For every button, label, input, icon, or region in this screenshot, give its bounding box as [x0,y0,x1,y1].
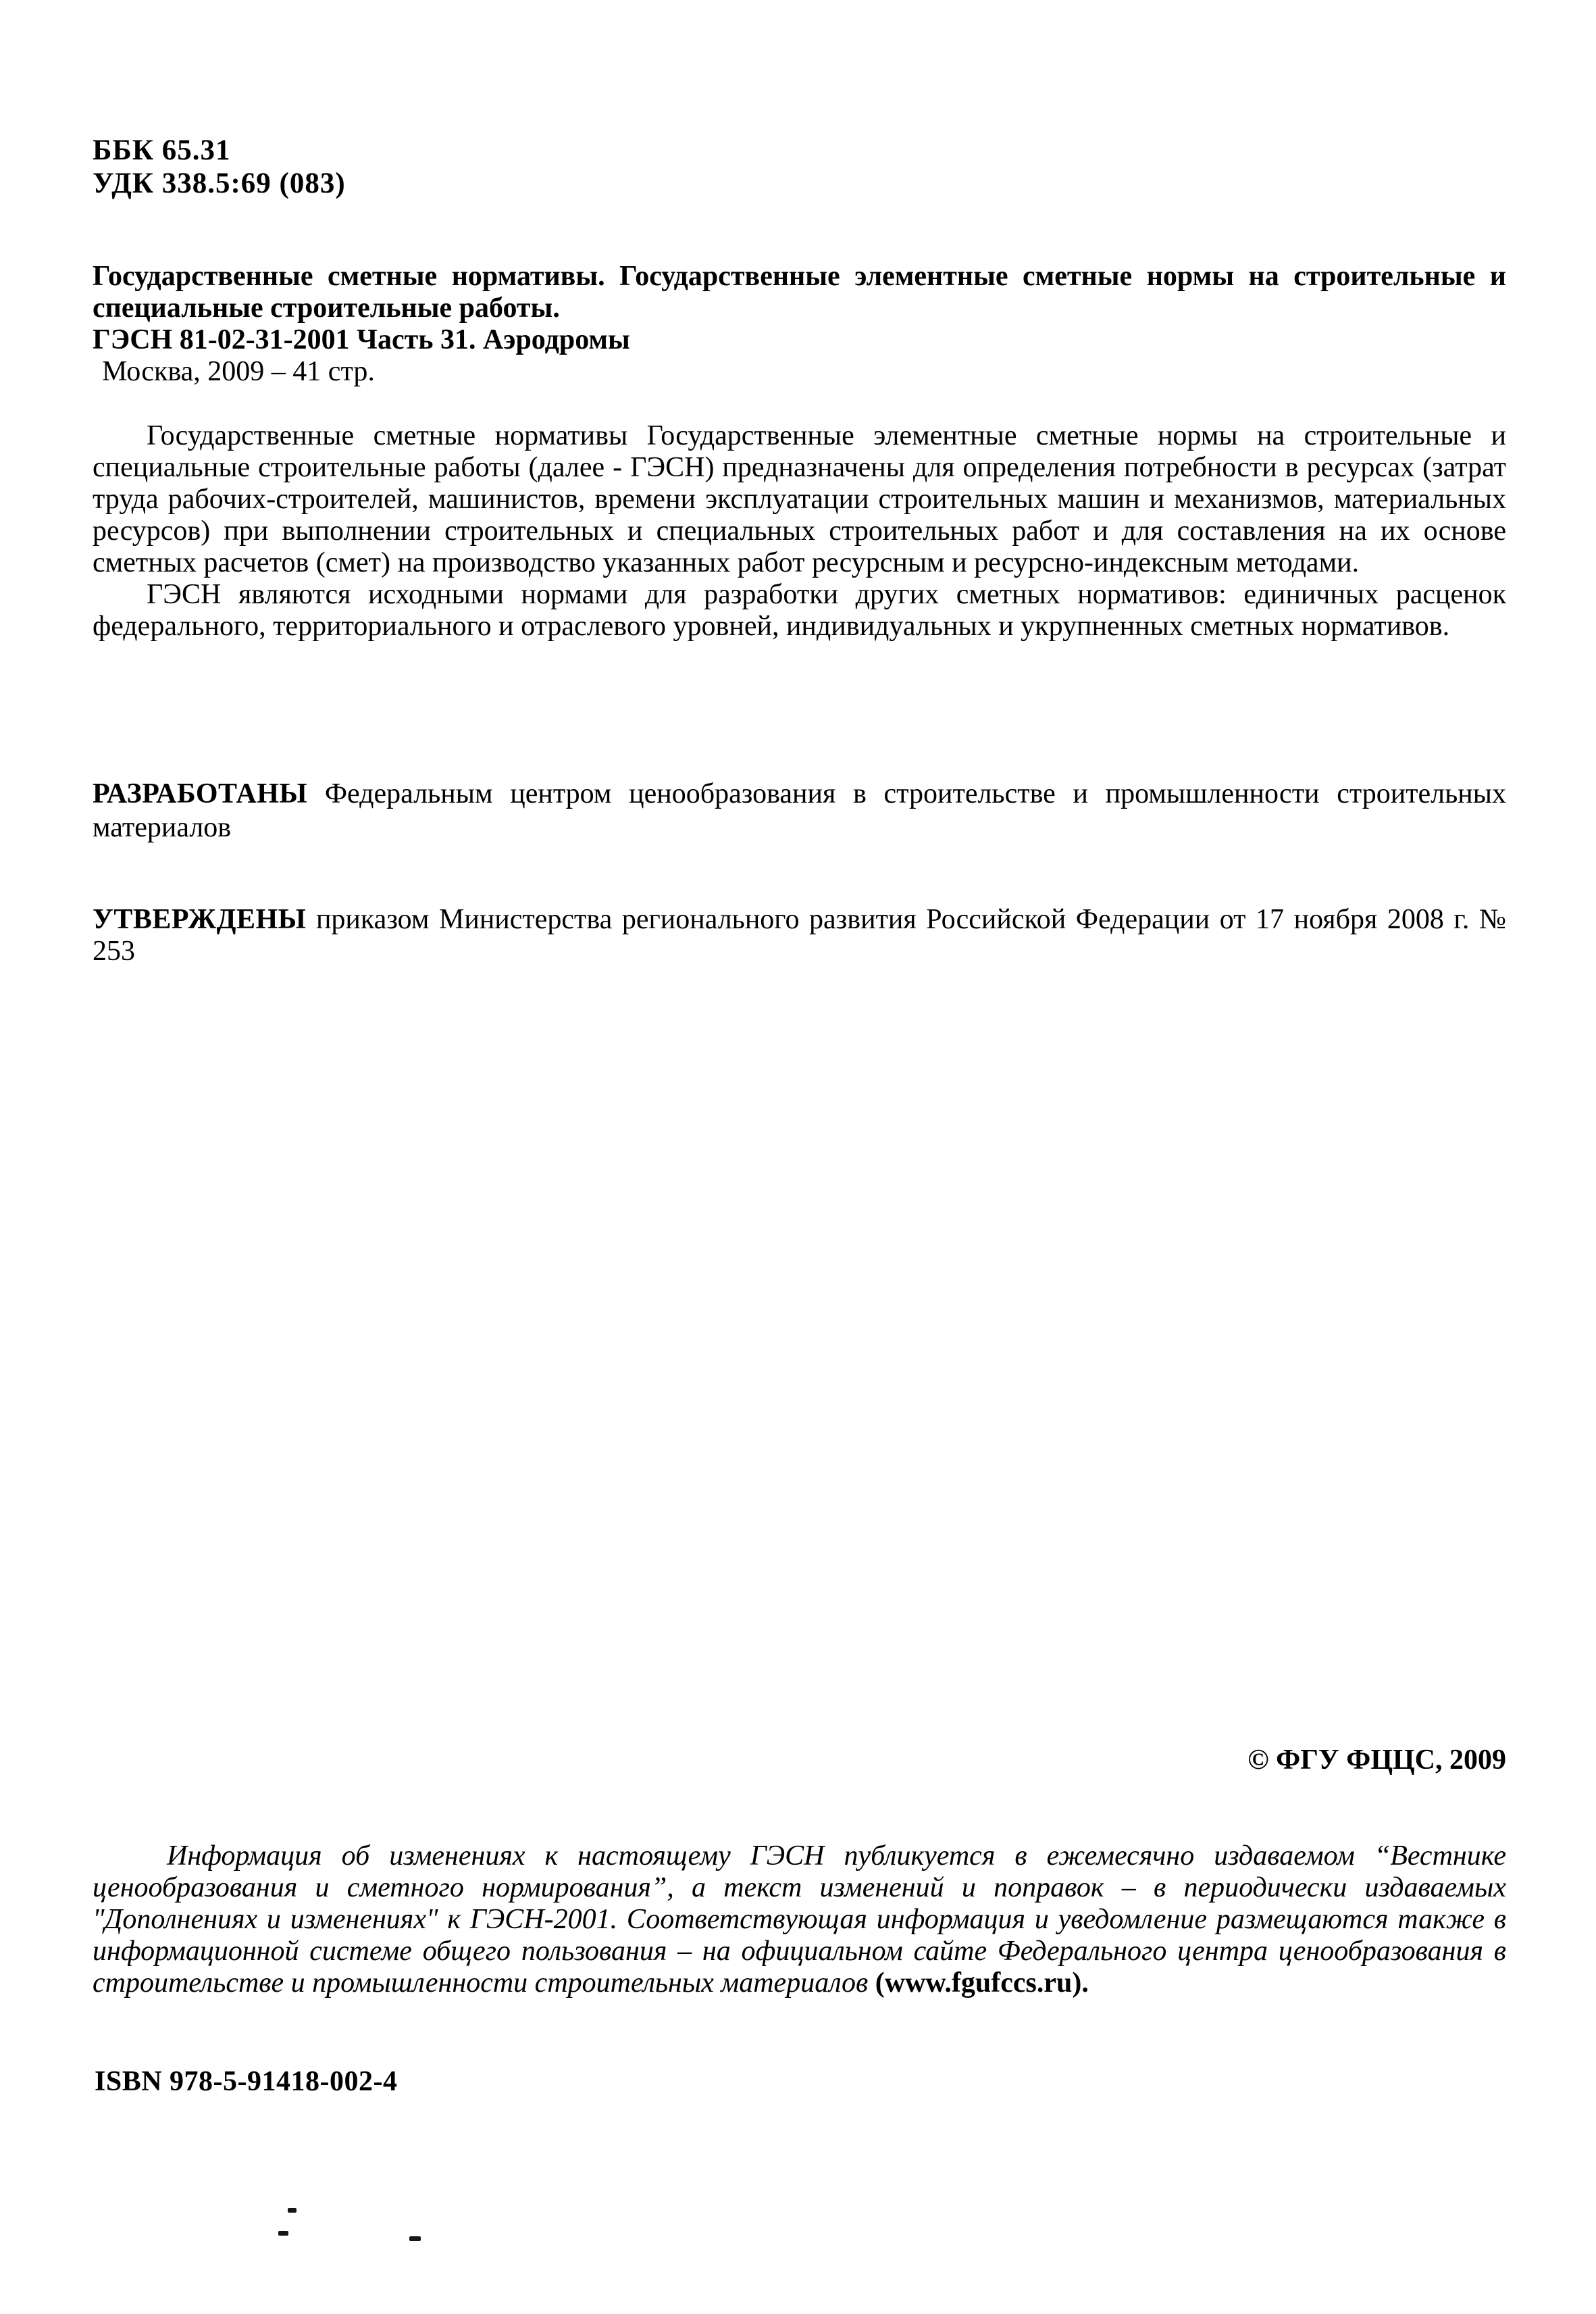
document-page: ББК 65.31 УДК 338.5:69 (083) Государстве… [0,0,1596,2314]
changes-info-text: Информация об изменениях к настоящему ГЭ… [93,1840,1506,1998]
copyright-line: © ФГУ ФЦЦС, 2009 [93,1744,1506,1776]
udk-code: УДК 338.5:69 (083) [93,167,1506,200]
developed-paragraph: РАЗРАБОТАНЫ Федеральным центром ценообра… [93,777,1506,845]
scan-speck [288,2208,297,2213]
annotation-paragraph-1: Государственные сметные нормативы Госуда… [93,420,1506,579]
classification-codes-block: ББК 65.31 УДК 338.5:69 (083) [93,134,1506,200]
annotation-paragraph-2: ГЭСН являются исходными нормами для разр… [93,579,1506,643]
scan-speck [278,2231,288,2236]
changes-info-note: Информация об изменениях к настоящему ГЭ… [93,1840,1506,1999]
isbn-line: ISBN 978-5-91418-002-4 [95,2066,398,2098]
approved-paragraph: УТВЕРЖДЕНЫ приказом Министерства региона… [93,904,1506,967]
developed-label: РАЗРАБОТАНЫ [93,778,307,809]
annotation-block: Государственные сметные нормативы Госуда… [93,420,1506,643]
title-block: Государственные сметные нормативы. Госуд… [93,261,1506,388]
website-text: (www.fgufccs.ru). [875,1967,1089,1998]
approved-label: УТВЕРЖДЕНЫ [93,904,306,935]
bbk-code: ББК 65.31 [93,134,1506,167]
imprint-line: Москва, 2009 – 41 стр. [93,356,1506,388]
document-number: ГЭСН 81-02-31-2001 Часть 31. Аэродромы [93,324,1506,356]
scan-speck [409,2236,421,2241]
document-title: Государственные сметные нормативы. Госуд… [93,261,1506,324]
